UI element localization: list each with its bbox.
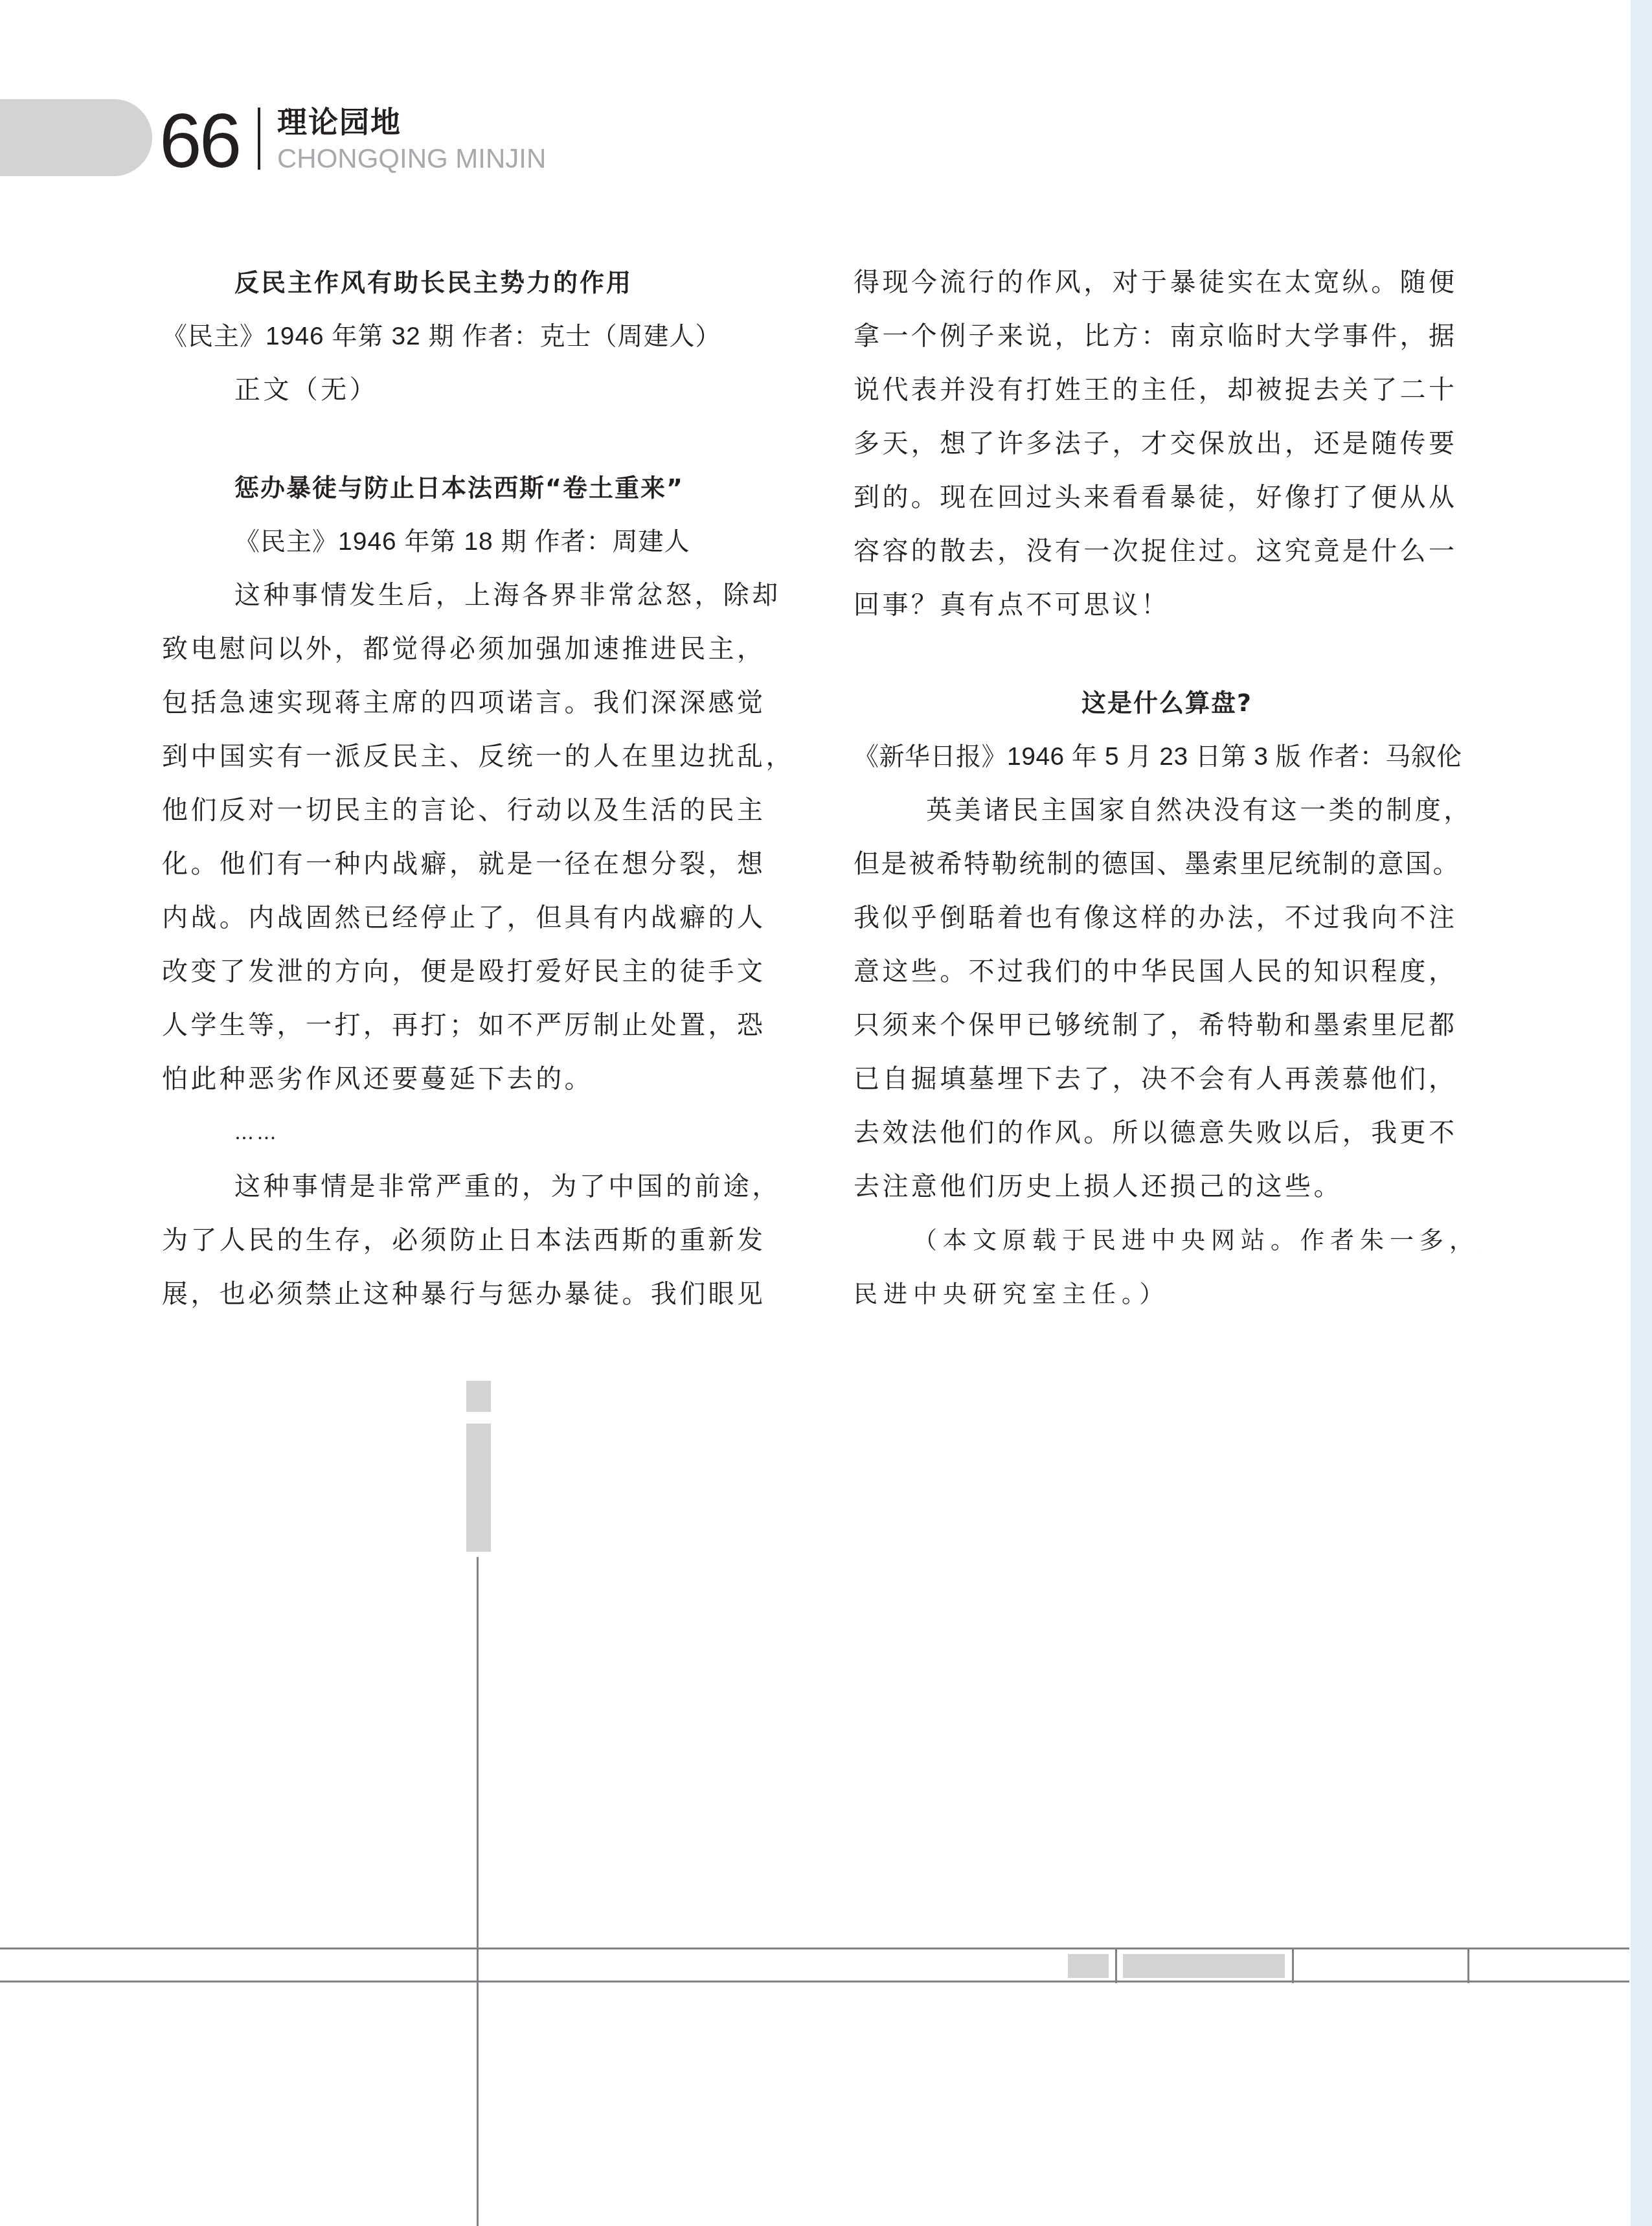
paragraph-line: 多天，想了许多法子，才交保放出，还是随传要 [854, 417, 1480, 471]
footer-rule-top [0, 1948, 1629, 1949]
paragraph-line: 到中国实有一派反民主、反统一的人在里边扰乱， [162, 730, 793, 784]
article-source: 《新华日报》1946 年 5 月 23 日第 3 版 作者：马叙伦 [854, 730, 1480, 784]
section-subtitle: CHONGQING MINJIN [277, 144, 546, 174]
paragraph-line: 去效法他们的作风。所以德意失败以后，我更不 [854, 1106, 1480, 1160]
paragraph-line: 说代表并没有打姓王的主任，却被捉去关了二十 [854, 363, 1480, 417]
article-source: 《民主》1946 年第 18 期 作者：周建人 [162, 515, 793, 569]
paragraph-line: 意这些。不过我们的中华民国人民的知识程度， [854, 945, 1480, 999]
page-number: 66 [159, 102, 239, 180]
spacer [162, 417, 793, 461]
paragraph-line: 化。他们有一种内战癖，就是一径在想分裂，想 [162, 837, 793, 891]
article-source: 《民主》1946 年第 32 期 作者：克士（周建人） [162, 310, 793, 363]
footer-separator [1467, 1948, 1469, 1983]
header-tab-shape [0, 99, 152, 176]
author-note: 民进中央研究室主任。） [854, 1267, 1480, 1321]
paragraph-line: 他们反对一切民主的言论、行动以及生活的民主 [162, 784, 793, 837]
footer-grey-block-large [1123, 1954, 1285, 1978]
article-title: 反民主作风有助长民主势力的作用 [162, 256, 793, 310]
paragraph-line: 回事？真有点不可思议！ [854, 578, 1480, 632]
paragraph-line: 为了人民的生存，必须防止日本法西斯的重新发 [162, 1214, 793, 1267]
left-column: 反民主作风有助长民主势力的作用 《民主》1946 年第 32 期 作者：克士（周… [162, 256, 793, 1321]
paragraph-line: 英美诸民主国家自然决没有这一类的制度， [854, 784, 1480, 837]
article-body: 正文（无） [162, 363, 793, 417]
paragraph-line: 改变了发泄的方向，便是殴打爱好民主的徒手文 [162, 945, 793, 999]
paragraph-line: 这种事情是非常严重的，为了中国的前途， [162, 1160, 793, 1214]
paragraph-line: 到的。现在回过头来看看暴徒，好像打了便从从 [854, 471, 1480, 525]
page-edge-strip [1631, 0, 1652, 2226]
ellipsis: …… [162, 1106, 793, 1160]
article-title: 惩办暴徒与防止日本法西斯“卷土重来” [162, 461, 793, 515]
paragraph-line: 已自掘填墓埋下去了，决不会有人再羡慕他们， [854, 1052, 1480, 1106]
article-title: 这是什么算盘? [854, 676, 1480, 730]
spacer [854, 632, 1480, 676]
paragraph-line: 去注意他们历史上损人还损己的这些。 [854, 1160, 1480, 1214]
paragraph-line: 包括急速实现蒋主席的四项诺言。我们深深感觉 [162, 676, 793, 730]
right-column: 得现今流行的作风，对于暴徒实在太宽纵。随便 拿一个例子来说，比方：南京临时大学事… [854, 256, 1480, 1321]
paragraph-line: 容容的散去，没有一次捉住过。这究竟是什么一 [854, 525, 1480, 578]
vertical-rule [477, 1557, 479, 2226]
paragraph-line: 内战。内战固然已经停止了，但具有内战癖的人 [162, 891, 793, 945]
paragraph-line: 但是被希特勒统制的德国、墨索里尼统制的意国。 [854, 837, 1480, 891]
paragraph-line: 致电慰问以外，都觉得必须加强加速推进民主， [162, 622, 793, 676]
paragraph-line: 展，也必须禁止这种暴行与惩办暴徒。我们眼见 [162, 1267, 793, 1321]
footer-rule-bottom [0, 1981, 1629, 1982]
paragraph-line: 我似乎倒聒着也有像这样的办法，不过我向不注 [854, 891, 1480, 945]
paragraph-line: 只须来个保甲已够统制了，希特勒和墨索里尼都 [854, 999, 1480, 1052]
info-marker-stem [466, 1424, 491, 1552]
header-divider [258, 108, 260, 170]
footer-separator [1115, 1948, 1117, 1983]
paragraph-line: 这种事情发生后，上海各界非常忿怒，除却 [162, 569, 793, 622]
footer-separator [1292, 1948, 1294, 1983]
paragraph-line: 拿一个例子来说，比方：南京临时大学事件，据 [854, 310, 1480, 363]
info-marker-dot [466, 1381, 491, 1412]
paragraph-line: 怕此种恶劣作风还要蔓延下去的。 [162, 1052, 793, 1106]
footer-grey-block-small [1068, 1954, 1109, 1978]
paragraph-line: 得现今流行的作风，对于暴徒实在太宽纵。随便 [854, 256, 1480, 310]
section-title: 理论园地 [277, 105, 402, 139]
paragraph-line: 人学生等，一打，再打；如不严厉制止处置，恐 [162, 999, 793, 1052]
author-note: （本文原载于民进中央网站。作者朱一多，系 [854, 1214, 1480, 1267]
